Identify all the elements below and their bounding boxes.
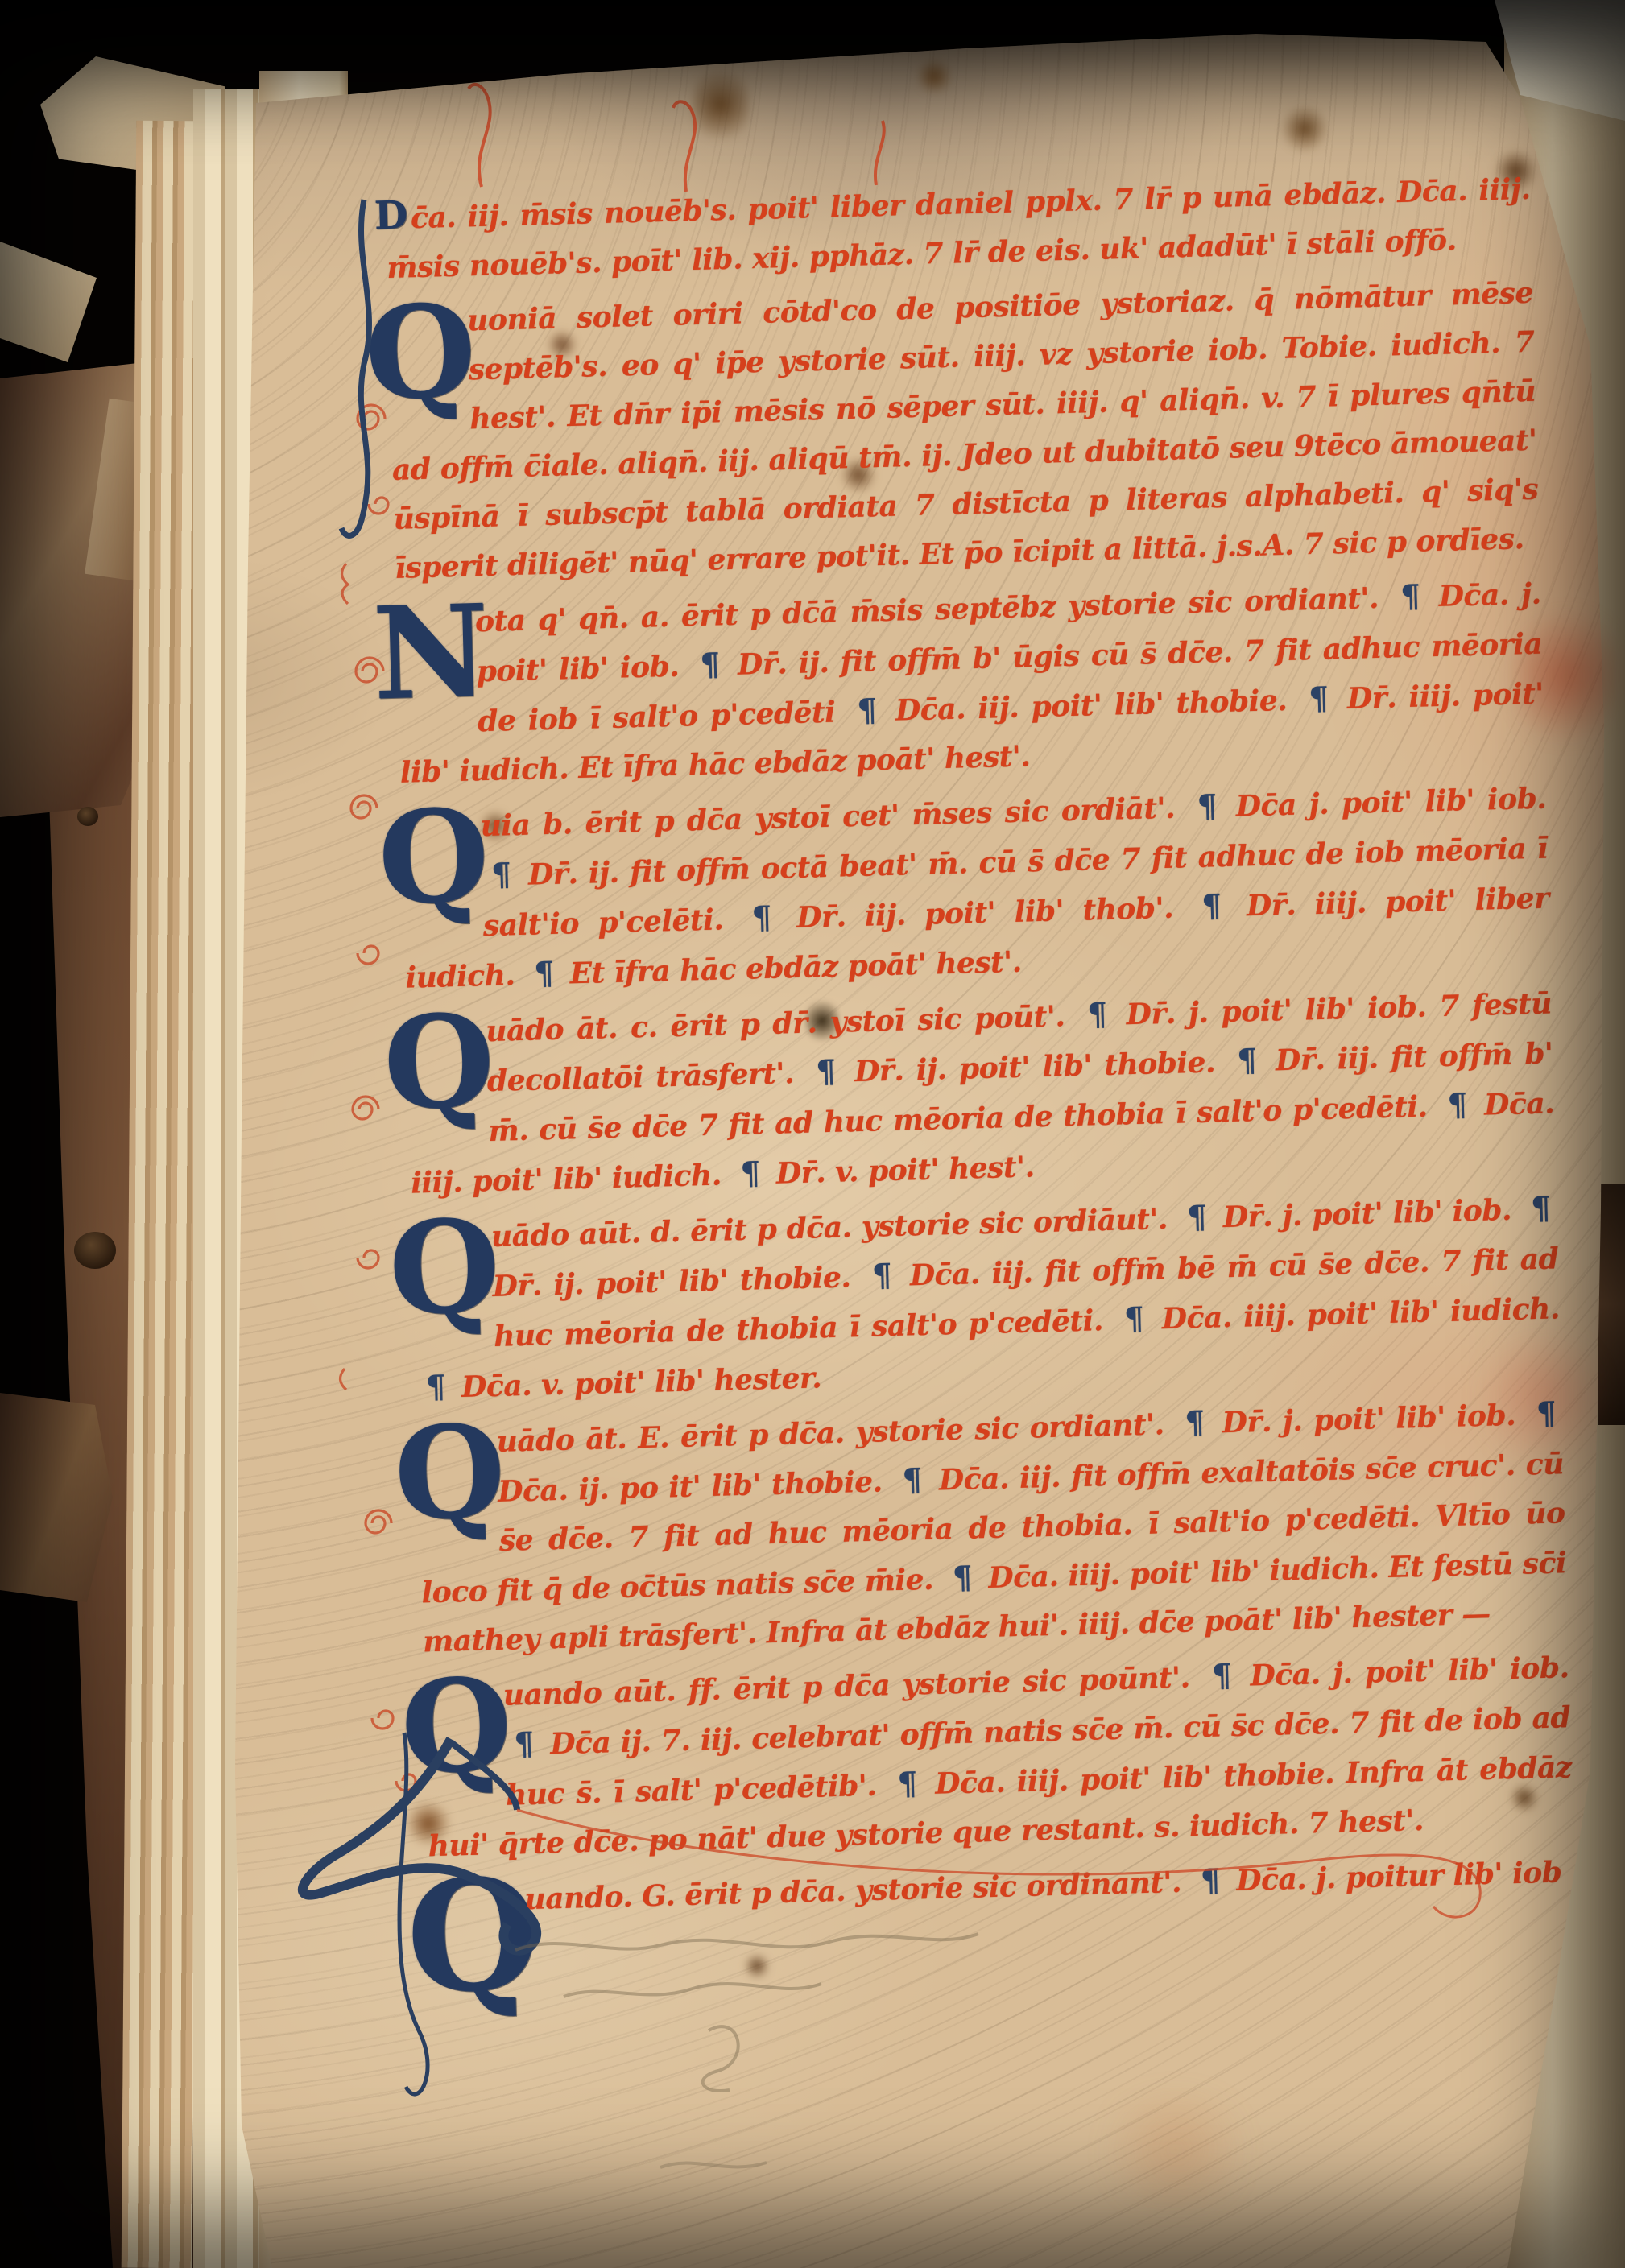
- paraph-mark: ¶: [751, 899, 771, 937]
- paraph-mark: ¶: [952, 1560, 972, 1597]
- paraph-mark: ¶: [425, 1369, 445, 1407]
- paraph-mark: ¶: [1237, 1042, 1257, 1080]
- paraph-mark: ¶: [514, 1725, 534, 1763]
- paraph-mark: ¶: [740, 1155, 760, 1192]
- paraph-mark: ¶: [1200, 1862, 1220, 1900]
- paraph-mark: ¶: [1187, 1199, 1207, 1237]
- manuscript-paragraph: Quando aūt. ff. ērit p dc̄a ystorie sic …: [424, 1642, 1573, 1871]
- manuscript-paragraph: Nota q' qn̄. a. ērit p dc̄ā m̄sis septēb…: [395, 569, 1545, 798]
- paraph-mark: ¶: [1447, 1086, 1467, 1124]
- paraph-mark: ¶: [1201, 887, 1222, 925]
- paraph-mark: ¶: [1309, 680, 1329, 718]
- illuminated-initial: Q: [388, 1220, 481, 1317]
- stain: [1087, 2093, 1264, 2206]
- illuminated-initial: D: [374, 192, 408, 238]
- illuminated-initial: Q: [364, 305, 457, 403]
- paraph-mark: ¶: [1197, 787, 1217, 825]
- stain: [693, 60, 749, 149]
- paraph-mark: ¶: [902, 1461, 922, 1499]
- illuminated-initial: Q: [382, 1015, 475, 1113]
- paraph-mark: ¶: [1400, 578, 1420, 616]
- stain: [918, 56, 950, 97]
- torn-paper-fragment: [0, 242, 97, 362]
- manuscript-paragraph: Quoniā solet oriri cōtd'co de positiōe y…: [387, 269, 1540, 593]
- paraph-mark: ¶: [1185, 1404, 1205, 1442]
- paraph-mark: ¶: [1211, 1657, 1231, 1695]
- illuminated-initial: Q: [377, 810, 469, 907]
- paraph-mark: ¶: [534, 955, 554, 993]
- paraph-mark: ¶: [1087, 996, 1107, 1034]
- text-block: Dc̄a. iij. m̄sis nouēb's. poit' liber da…: [385, 162, 1577, 1989]
- paraph-mark: ¶: [871, 1257, 891, 1295]
- paraph-mark: ¶: [857, 692, 877, 729]
- manuscript-photo: Dc̄a. iij. m̄sis nouēb's. poit' liber da…: [0, 0, 1625, 2268]
- binding-knot: [74, 1232, 116, 1269]
- manuscript-paragraph: Quādo aūt. d. ērit p dc̄a. ystorie sic o…: [411, 1184, 1561, 1413]
- manuscript-paragraph: Quādo āt. c. ērit p dr̄. ystoī sic poūt'…: [407, 978, 1557, 1208]
- paraph-mark: ¶: [1124, 1300, 1144, 1338]
- paraph-mark: ¶: [1531, 1190, 1551, 1228]
- manuscript-paragraph: Quādo āt. E. ērit p dc̄a. ystorie sic or…: [417, 1389, 1569, 1667]
- binding-knot: [77, 807, 98, 826]
- paraph-mark: ¶: [816, 1053, 836, 1091]
- paraph-mark: ¶: [700, 646, 720, 684]
- illuminated-initial: Q: [405, 1883, 514, 1990]
- illuminated-initial: Q: [399, 1679, 492, 1776]
- illuminated-initial: Q: [393, 1425, 486, 1522]
- illuminated-initial: N: [372, 605, 465, 703]
- manuscript-paragraph: Quia b. ērit p dc̄a ystoī cet' m̄ses sic…: [401, 774, 1551, 1003]
- paraph-mark: ¶: [491, 856, 511, 894]
- stain: [1280, 105, 1329, 153]
- paraph-mark: ¶: [897, 1765, 917, 1803]
- paraph-mark: ¶: [1536, 1394, 1556, 1432]
